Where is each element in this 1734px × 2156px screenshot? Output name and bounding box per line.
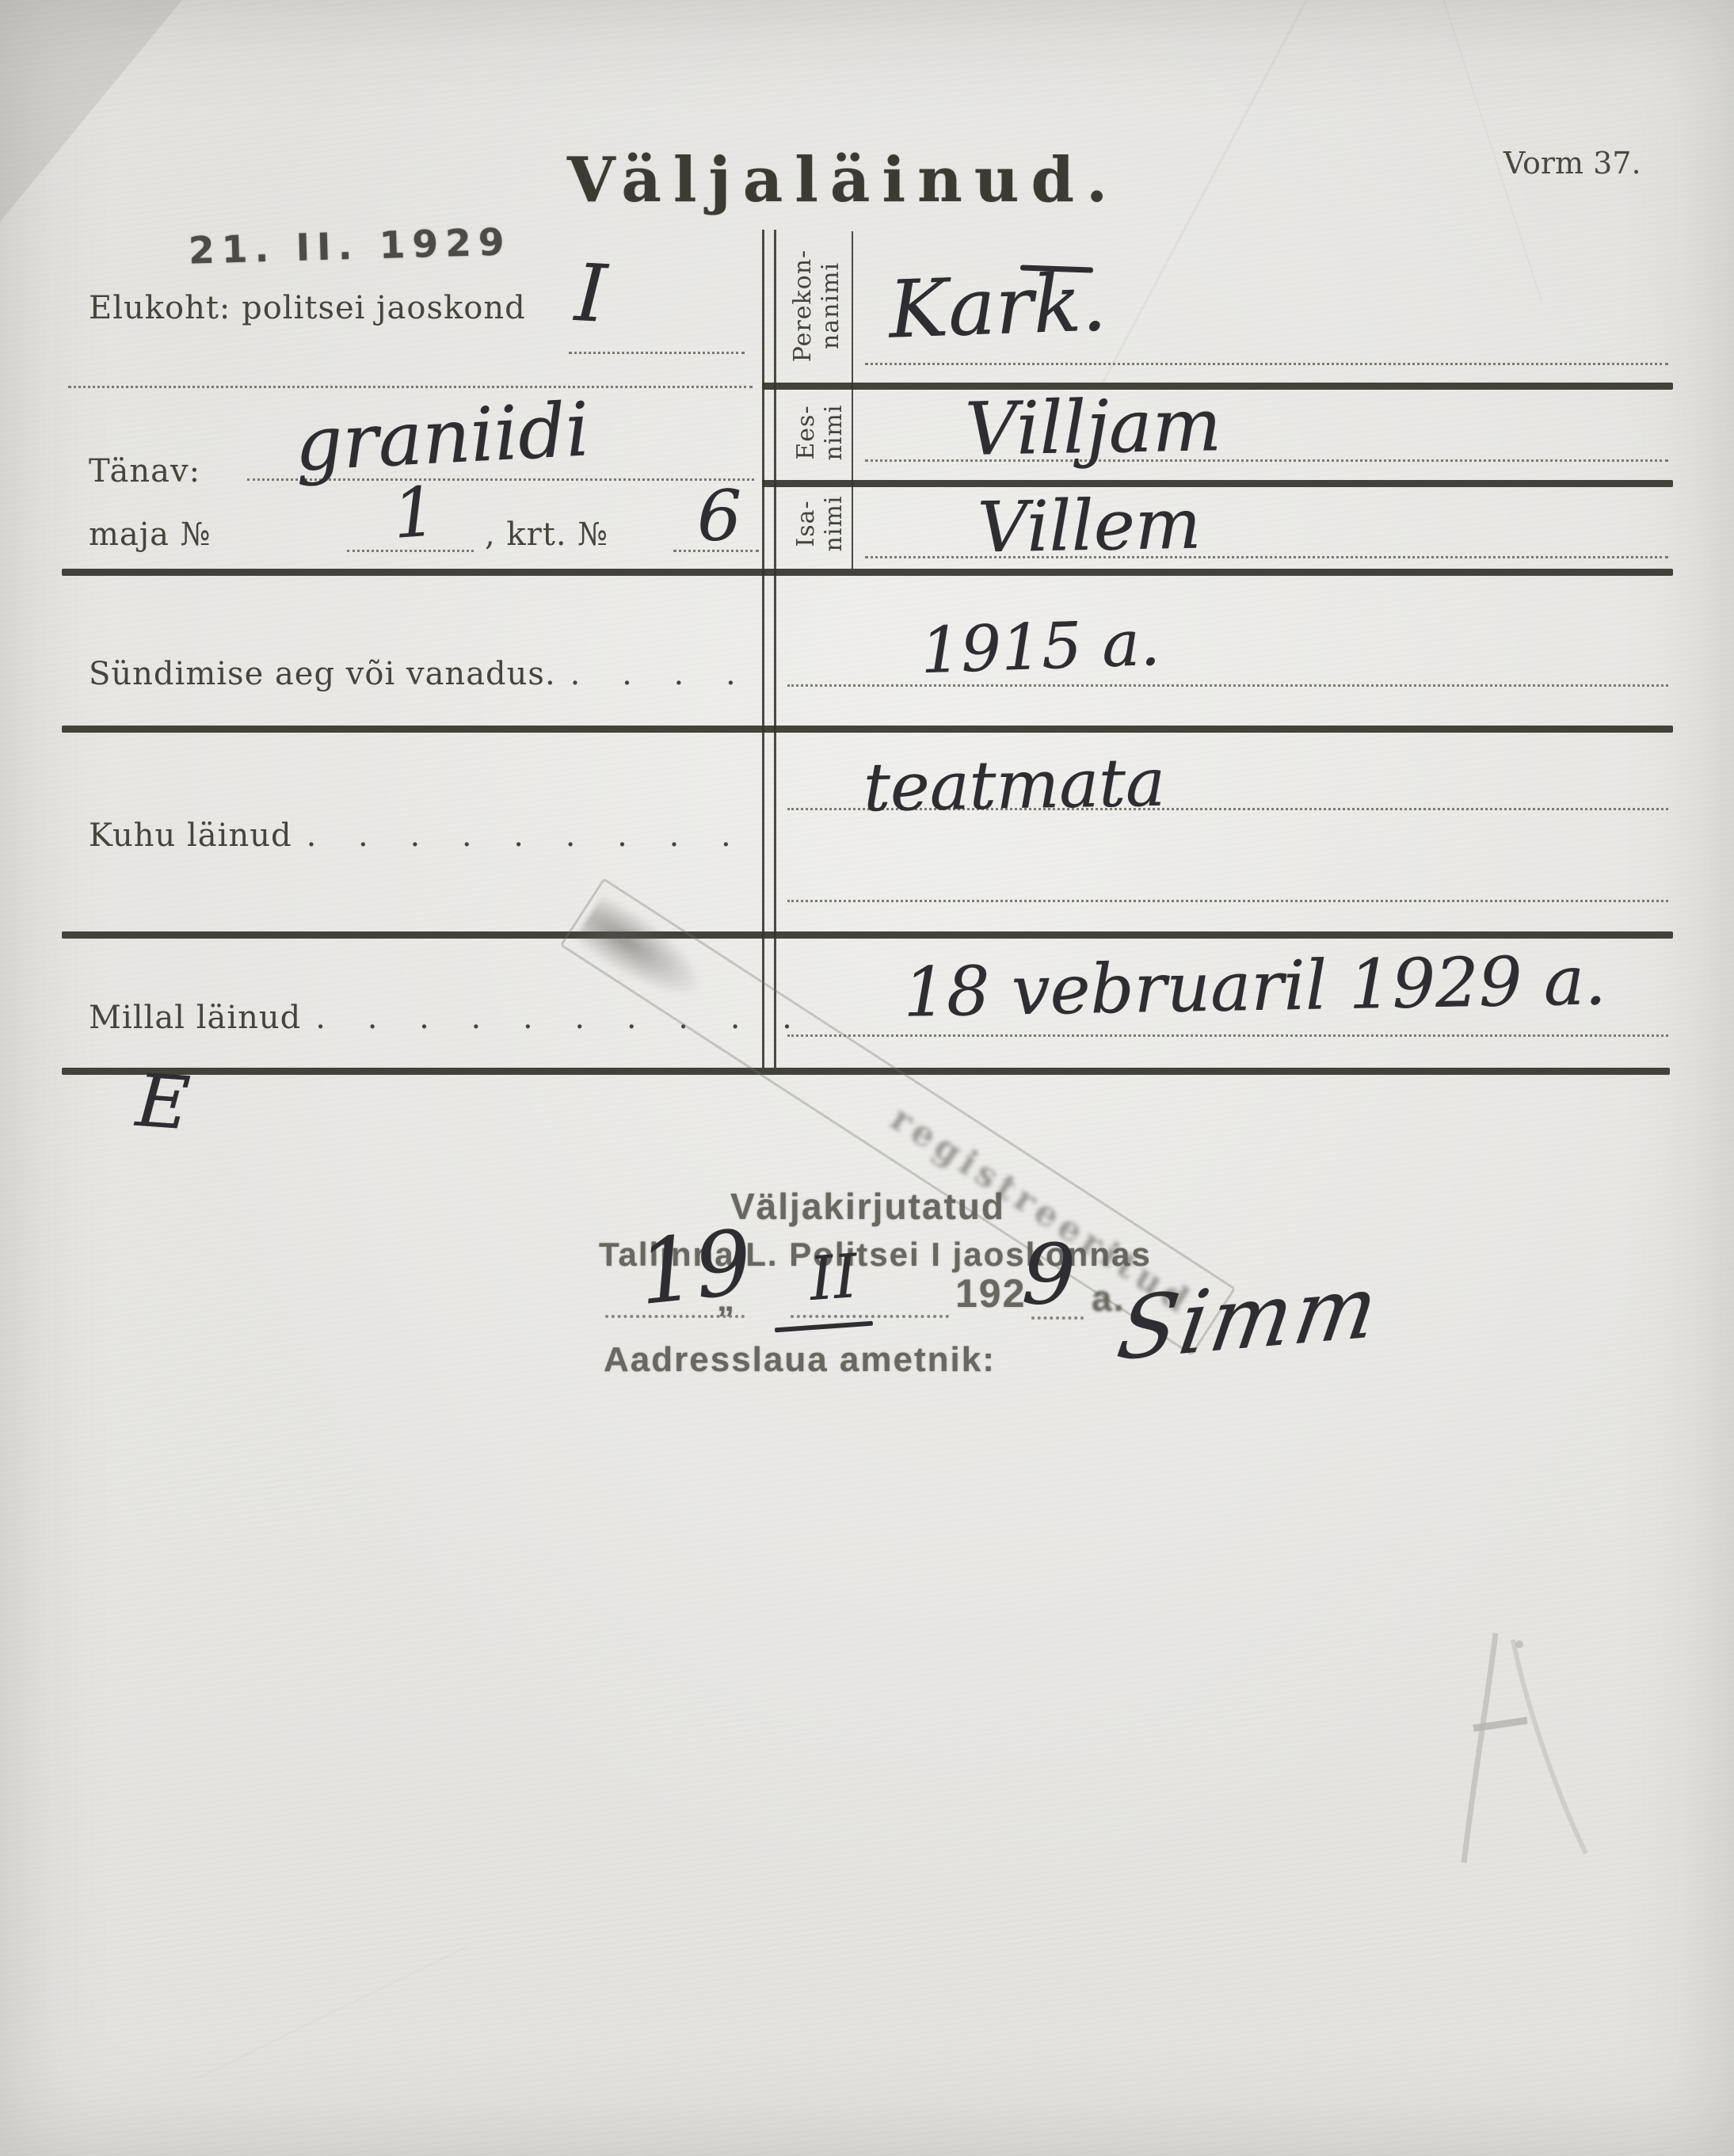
isanimi-label: Isa- nimi: [792, 482, 848, 566]
elukoht-dotted-line: [569, 352, 745, 354]
section-rule: [762, 383, 1673, 390]
perekonnanimi-label: Perekon- nanimi: [789, 231, 844, 380]
form-title: Väljaläinud.: [567, 144, 1119, 216]
column-divider-line: [762, 230, 764, 1068]
krt-handwritten-value: 6: [697, 475, 741, 557]
name-label-separator-line: [852, 231, 853, 569]
eesnimi-label: Ees- nimi: [792, 388, 848, 477]
kuhu-label: Kuhu läinud. . . . . . . . .: [89, 817, 747, 854]
issue-stamp-line1: Väljakirjutatud: [730, 1185, 1005, 1228]
received-date-stamp: 21. II. 1929: [188, 220, 512, 272]
krt-label: , krt. №: [485, 516, 608, 553]
millal-dotted-line: [787, 1034, 1668, 1037]
sundimise-handwritten-value: 1915 a.: [919, 606, 1160, 688]
dot-leader: . . . . . . . . .: [307, 817, 747, 854]
scanned-paper: Väljaläinud. Vorm 37. 21. II. 1929 Eluko…: [0, 0, 1734, 2156]
issue-year-printed: 192: [955, 1270, 1026, 1316]
tanav-label: Tänav:: [89, 453, 200, 489]
issue-year-digit-handwritten: 9: [1020, 1225, 1077, 1324]
issue-month-handwritten: II: [807, 1240, 859, 1314]
elukoht-handwritten-value: I: [573, 246, 609, 341]
maja-handwritten-value: 1: [391, 472, 440, 554]
pencil-scribble: [1394, 1592, 1663, 1893]
kuhu-dotted-line-2: [787, 900, 1668, 902]
crease-line: [198, 1945, 469, 2078]
millal-handwritten-value: 18 vebruaril 1929 a.: [902, 941, 1606, 1032]
kuhu-handwritten-value: teatmata: [863, 744, 1166, 827]
section-rule: [62, 931, 1673, 939]
isanimi-handwritten-value: Villem: [977, 483, 1202, 569]
issue-quote-mark: „: [717, 1280, 736, 1320]
section-rule: [62, 726, 1673, 733]
issue-stamp-dotted-line: [791, 1315, 949, 1318]
perekonnanimi-dotted-line: [865, 363, 1668, 365]
issue-day-handwritten: 19: [634, 1211, 756, 1325]
eesnimi-handwritten-value: Villjam: [964, 383, 1222, 472]
left-dotted-line: [68, 386, 753, 388]
issue-stamp-dotted-line: [1031, 1316, 1084, 1320]
sundimise-label: Sündimise aeg või vanadus.. . . .: [89, 656, 752, 692]
stamp-smudge: [572, 891, 718, 1016]
maja-label: maja №: [89, 516, 212, 553]
elukoht-label: Elukoht: politsei jaoskond: [89, 290, 526, 326]
handwritten-underline-stroke: [775, 1321, 873, 1333]
issue-stamp-dotted-line: [605, 1315, 745, 1318]
dot-leader: . . . .: [570, 656, 752, 692]
form-number: Vorm 37.: [1503, 146, 1641, 181]
section-rule: [762, 480, 1673, 487]
crease-line: [1100, 0, 1311, 387]
issue-year-suffix: a.: [1092, 1277, 1125, 1320]
margin-letter-mark: E: [133, 1058, 192, 1146]
column-divider-line: [774, 230, 776, 1068]
sundimise-dotted-line: [787, 684, 1668, 687]
tanav-handwritten-value: graniidi: [292, 387, 591, 488]
issue-official-label: Aadresslaua ametnik:: [604, 1340, 996, 1380]
section-rule: [62, 569, 1673, 576]
corner-shade-topleft: [0, 0, 182, 222]
